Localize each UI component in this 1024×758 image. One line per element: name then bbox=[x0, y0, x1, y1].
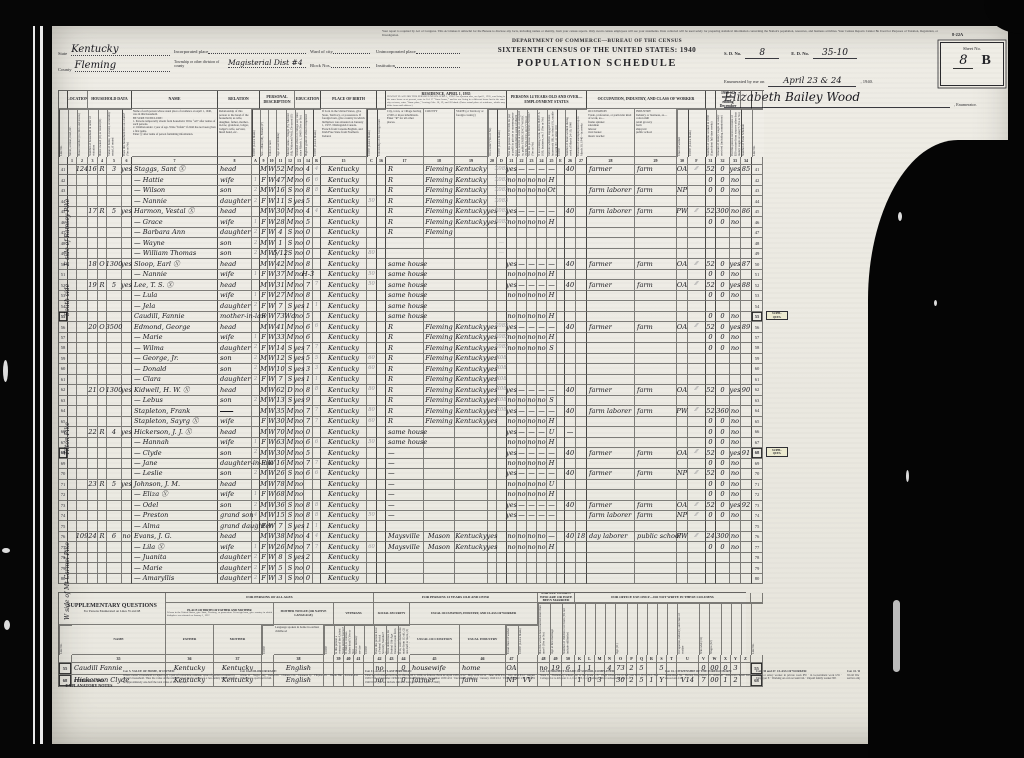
row-65-hours26 bbox=[565, 417, 576, 427]
column-header-visit_no: Number of household in order of visitati… bbox=[88, 109, 98, 157]
row-67-age: 63 bbox=[276, 438, 286, 448]
supplement-header-ss42: Does this person have a Federal Social S… bbox=[374, 625, 386, 655]
column-header-marital: Marital status—Single (S), Married (M), … bbox=[286, 109, 295, 157]
row-65-res_city: R bbox=[386, 417, 424, 427]
microfilm-scan: Your report is required by Act of Congre… bbox=[0, 0, 1024, 758]
row-60-codeE bbox=[557, 364, 565, 374]
row-50-hours26: 40 bbox=[565, 259, 576, 269]
column-header-codeD: CODE (Leave blank) bbox=[497, 109, 507, 157]
row-63-age: 13 bbox=[276, 396, 286, 406]
row-72-industry bbox=[635, 490, 677, 500]
row-68-hours26: 40 bbox=[565, 448, 576, 458]
row-68-race: W bbox=[268, 448, 276, 458]
row-75-w25 bbox=[547, 521, 557, 531]
row-48-res_state bbox=[455, 238, 488, 248]
row-78-res_state bbox=[455, 553, 488, 563]
row-70-occupation: farmer bbox=[587, 469, 635, 479]
row-72-line2: 72 bbox=[752, 490, 763, 500]
row-62-other33: yes bbox=[730, 385, 741, 395]
row-47-name: — Barbara Ann bbox=[132, 228, 218, 238]
row-78-wages32 bbox=[716, 553, 730, 563]
row-68-codeF: ⁄⁄⁄ bbox=[688, 448, 706, 458]
row-54-weeks31 bbox=[706, 301, 716, 311]
row-79-occupation bbox=[587, 563, 635, 573]
column-header-codeA: CODE (Leave blank) bbox=[252, 109, 260, 157]
row-77-res_city: Maysville bbox=[386, 542, 424, 552]
row-62-class30: OA bbox=[677, 385, 688, 395]
row-68-owned bbox=[98, 448, 107, 458]
row-54-wages32 bbox=[716, 301, 730, 311]
row-74-school: no bbox=[295, 511, 304, 521]
supplement-number-line2 bbox=[751, 655, 763, 663]
row-70-w22: — bbox=[517, 469, 527, 479]
row-80-w21 bbox=[507, 574, 517, 584]
row-53-w23: no bbox=[527, 291, 537, 301]
column-group-education: EDUCATION bbox=[295, 91, 321, 109]
row-67-marital: M bbox=[286, 438, 295, 448]
row-77-res_county: Mason bbox=[424, 542, 455, 552]
row-75-codeC bbox=[367, 521, 377, 531]
row-71-farm: yes bbox=[122, 480, 132, 490]
row-65-w23: no bbox=[527, 417, 537, 427]
row-70-res_city: — bbox=[386, 469, 424, 479]
row-76-hours26: 40 bbox=[565, 532, 576, 542]
row-76-codeA bbox=[252, 532, 260, 542]
row-41-res_state: Kentucky bbox=[455, 165, 488, 175]
row-63-codeF bbox=[688, 396, 706, 406]
street-name-margin: South side bbox=[64, 284, 71, 316]
row-66-farm_sched bbox=[741, 427, 752, 437]
row-66-value: 4 bbox=[107, 427, 122, 437]
row-78-farm bbox=[122, 553, 132, 563]
supplement-group: PLACE OF BIRTH OF FATHER AND MOTHERIf bo… bbox=[166, 603, 274, 625]
row-73-res_county bbox=[424, 501, 455, 511]
row-75-grade: 1 bbox=[304, 521, 313, 531]
row-53-res_city: same house bbox=[386, 291, 424, 301]
row-78-w22 bbox=[517, 553, 527, 563]
row-48-res_farm bbox=[488, 238, 497, 248]
row-41-weeks31: 52 bbox=[706, 165, 716, 175]
row-48-occupation bbox=[587, 238, 635, 248]
row-62-age: 62 bbox=[276, 385, 286, 395]
row-54-res_city: same house bbox=[386, 301, 424, 311]
row-48-citizenship bbox=[377, 238, 386, 248]
row-80-birthplace: Kentucky bbox=[321, 574, 367, 584]
row-43-weeks31: 0 bbox=[706, 186, 716, 196]
row-67-farm_sched bbox=[741, 438, 752, 448]
row-54-codeF bbox=[688, 301, 706, 311]
row-77-weeks31: 0 bbox=[706, 542, 716, 552]
row-64-w24: — bbox=[537, 406, 547, 416]
census-title: SIXTEENTH CENSUS OF THE UNITED STATES: 1… bbox=[432, 46, 762, 54]
column-number-codeA: A bbox=[252, 157, 260, 165]
row-76-age: 38 bbox=[276, 532, 286, 542]
row-80-occupation bbox=[587, 574, 635, 584]
row-46-codeD: X082 bbox=[497, 217, 507, 227]
row-65-w24: no bbox=[537, 417, 547, 427]
column-header-w22: If not, was he at work on, or assigned t… bbox=[517, 109, 527, 157]
row-50-dur27 bbox=[576, 259, 587, 269]
row-64-codeC: 80 bbox=[367, 406, 377, 416]
supplement-number-line bbox=[59, 655, 72, 663]
note-block-4: Col. 16. CITIZENSHIP OF THE FOREIGN BORN… bbox=[665, 670, 751, 726]
row-49-res_city bbox=[386, 249, 424, 259]
row-65-relation: wife bbox=[218, 417, 252, 427]
column-number-dur27: 27 bbox=[576, 157, 587, 165]
row-49-wages32 bbox=[716, 249, 730, 259]
row-74-w23: — bbox=[527, 511, 537, 521]
row-73-line: 73 bbox=[59, 501, 68, 511]
row-52-codeB: 7 bbox=[313, 280, 321, 290]
row-53-sex: F bbox=[260, 291, 268, 301]
row-77-value bbox=[107, 542, 122, 552]
row-49-occupation bbox=[587, 249, 635, 259]
incorporated-place-label: Incorporated place bbox=[174, 49, 208, 54]
row-50-line2: 50 bbox=[752, 259, 763, 269]
row-59-dur27 bbox=[576, 354, 587, 364]
row-48-w22 bbox=[517, 238, 527, 248]
row-48-school: no bbox=[295, 238, 304, 248]
row-41-owned: R bbox=[98, 165, 107, 175]
row-78-race: W bbox=[268, 553, 276, 563]
column-group-blank bbox=[59, 91, 68, 109]
row-47-codeB bbox=[313, 228, 321, 238]
row-50-w23: — bbox=[527, 259, 537, 269]
row-44-weeks31 bbox=[706, 196, 716, 206]
row-60-wages32 bbox=[716, 364, 730, 374]
row-50-other33: yes bbox=[730, 259, 741, 269]
row-50-race: W bbox=[268, 259, 276, 269]
row-71-farm_sched bbox=[741, 480, 752, 490]
row-53-res_state bbox=[455, 291, 488, 301]
row-63-line2: 63 bbox=[752, 396, 763, 406]
row-60-farm_sched bbox=[741, 364, 752, 374]
row-57-other33: no bbox=[730, 333, 741, 343]
row-48-codeD: — bbox=[497, 238, 507, 248]
row-42-industry bbox=[635, 175, 677, 185]
row-63-industry bbox=[635, 396, 677, 406]
row-72-street bbox=[68, 490, 77, 500]
row-62-codeB: 8 bbox=[313, 385, 321, 395]
row-47-weeks31 bbox=[706, 228, 716, 238]
row-77-w25: H bbox=[547, 542, 557, 552]
row-68-res_farm bbox=[488, 448, 497, 458]
row-52-w25: — bbox=[547, 280, 557, 290]
sheet-label: Sheet No. bbox=[941, 46, 1003, 51]
row-47-farm bbox=[122, 228, 132, 238]
row-66-birthplace: Kentucky bbox=[321, 427, 367, 437]
column-number-line bbox=[59, 157, 68, 165]
row-49-line2: 49 bbox=[752, 249, 763, 259]
row-74-line: 74 bbox=[59, 511, 68, 521]
row-56-w21: yes bbox=[507, 322, 517, 332]
row-43-line2: 43 bbox=[752, 186, 763, 196]
row-51-street bbox=[68, 270, 77, 280]
row-55-sex: F bbox=[260, 312, 268, 322]
row-48-industry bbox=[635, 238, 677, 248]
row-72-value bbox=[107, 490, 122, 500]
row-58-codeF bbox=[688, 343, 706, 353]
row-77-wages32: 0 bbox=[716, 542, 730, 552]
supplement-colheader-L bbox=[585, 603, 595, 655]
row-53-farm bbox=[122, 291, 132, 301]
row-73-race: W bbox=[268, 501, 276, 511]
row-79-value bbox=[107, 563, 122, 573]
column-number-age: 11 bbox=[276, 157, 286, 165]
row-57-house_no bbox=[77, 333, 88, 343]
row-56-codeA bbox=[252, 322, 260, 332]
row-50-occupation: farmer bbox=[587, 259, 635, 269]
row-60-name: — Donald bbox=[132, 364, 218, 374]
supplement-colheader-Z bbox=[741, 603, 751, 655]
row-44-codeA: 2 bbox=[252, 196, 260, 206]
row-56-w25: — bbox=[547, 322, 557, 332]
row-79-house_no bbox=[77, 563, 88, 573]
row-43-dur27 bbox=[576, 186, 587, 196]
row-79-res_farm bbox=[488, 563, 497, 573]
row-49-grade: 0 bbox=[304, 249, 313, 259]
row-45-sex: M bbox=[260, 207, 268, 217]
row-42-w23: no bbox=[527, 175, 537, 185]
row-77-marital: M bbox=[286, 542, 295, 552]
row-66-relation: head bbox=[218, 427, 252, 437]
column-number-w23: 23 bbox=[527, 157, 537, 165]
row-73-house_no bbox=[77, 501, 88, 511]
row-52-w24: — bbox=[537, 280, 547, 290]
row-77-other33: no bbox=[730, 542, 741, 552]
row-77-birthplace: Kentucky bbox=[321, 542, 367, 552]
row-74-birthplace: Kentucky bbox=[321, 511, 367, 521]
row-51-value bbox=[107, 270, 122, 280]
row-69-marital: M bbox=[286, 459, 295, 469]
row-71-race: W bbox=[268, 480, 276, 490]
row-68-w22: — bbox=[517, 448, 527, 458]
row-55-race: W bbox=[268, 312, 276, 322]
row-80-sex: F bbox=[260, 574, 268, 584]
row-58-relation: daughter bbox=[218, 343, 252, 353]
row-78-hours26 bbox=[565, 553, 576, 563]
row-80-res_state bbox=[455, 574, 488, 584]
row-77-farm bbox=[122, 542, 132, 552]
row-44-codeF bbox=[688, 196, 706, 206]
row-72-sex: F bbox=[260, 490, 268, 500]
row-45-w25: — bbox=[547, 207, 557, 217]
row-59-farm_sched bbox=[741, 354, 752, 364]
column-group-residence-april-1-1935: RESIDENCE, APRIL 1, 1935IN WHAT PLACE DI… bbox=[386, 91, 507, 109]
row-48-w25 bbox=[547, 238, 557, 248]
row-41-school: no bbox=[295, 165, 304, 175]
row-58-citizenship bbox=[377, 343, 386, 353]
row-57-line2: 57 bbox=[752, 333, 763, 343]
row-72-grade bbox=[304, 490, 313, 500]
row-64-other33: no bbox=[730, 406, 741, 416]
column-header-street: Street, avenue, road, etc. bbox=[68, 109, 77, 157]
row-55-farm bbox=[122, 312, 132, 322]
row-44-class30 bbox=[677, 196, 688, 206]
row-70-marital: S bbox=[286, 469, 295, 479]
row-70-grade: 6 bbox=[304, 469, 313, 479]
row-65-wages32: 0 bbox=[716, 417, 730, 427]
row-74-street bbox=[68, 511, 77, 521]
row-58-owned bbox=[98, 343, 107, 353]
row-51-codeC: 50 bbox=[367, 270, 377, 280]
row-65-occupation bbox=[587, 417, 635, 427]
row-51-occupation bbox=[587, 270, 635, 280]
row-57-school: no bbox=[295, 333, 304, 343]
row-46-occupation bbox=[587, 217, 635, 227]
row-75-dur27 bbox=[576, 521, 587, 531]
row-51-w24: no bbox=[537, 270, 547, 280]
row-43-codeD: X083 bbox=[497, 186, 507, 196]
row-55-industry bbox=[635, 312, 677, 322]
row-78-codeD bbox=[497, 553, 507, 563]
row-65-citizenship bbox=[377, 417, 386, 427]
row-72-codeA: 1 bbox=[252, 490, 260, 500]
row-58-w25: S bbox=[547, 343, 557, 353]
row-68-other33: yes bbox=[730, 448, 741, 458]
row-58-street bbox=[68, 343, 77, 353]
row-70-line2: 70 bbox=[752, 469, 763, 479]
ward-label: Ward of city bbox=[310, 49, 333, 54]
row-53-other33: no bbox=[730, 291, 741, 301]
row-65-res_county: Fleming bbox=[424, 417, 455, 427]
row-80-weeks31 bbox=[706, 574, 716, 584]
row-43-owned bbox=[98, 186, 107, 196]
row-41-codeE bbox=[557, 165, 565, 175]
column-group-blank bbox=[741, 91, 752, 109]
row-47-school: no bbox=[295, 228, 304, 238]
column-header-citizenship: Citizenship of the foreign born bbox=[377, 109, 386, 157]
row-46-owned bbox=[98, 217, 107, 227]
row-57-industry bbox=[635, 333, 677, 343]
row-57-farm bbox=[122, 333, 132, 343]
row-48-codeA: 2 bbox=[252, 238, 260, 248]
supplement-header-ss44: If so, were deductions made from (1) all… bbox=[398, 625, 410, 655]
row-56-res_state: Kentucky bbox=[455, 322, 488, 332]
supplement-number-name: 35 bbox=[72, 655, 166, 663]
row-74-grade: 8 bbox=[304, 511, 313, 521]
row-44-relation: daughter bbox=[218, 196, 252, 206]
row-57-relation: wife bbox=[218, 333, 252, 343]
row-44-w23 bbox=[527, 196, 537, 206]
row-48-house_no bbox=[77, 238, 88, 248]
row-77-visit_no bbox=[88, 542, 98, 552]
row-68-farm_sched: 91 bbox=[741, 448, 752, 458]
township-value: Magisterial Dist #4 bbox=[228, 58, 306, 68]
row-45-industry: farm bbox=[635, 207, 677, 217]
column-header-age: Age at last birthday bbox=[276, 109, 286, 157]
row-49-res_county bbox=[424, 249, 455, 259]
column-number-res_farm: 20 bbox=[488, 157, 497, 165]
row-67-codeF bbox=[688, 438, 706, 448]
column-header-race: Color or race bbox=[268, 109, 276, 157]
row-76-dur27: 18 bbox=[576, 532, 587, 542]
row-67-res_county bbox=[424, 438, 455, 448]
row-67-w23: no bbox=[527, 438, 537, 448]
row-47-res_city: R bbox=[386, 228, 424, 238]
row-77-res_farm: yes bbox=[488, 542, 497, 552]
row-52-weeks31: 52 bbox=[706, 280, 716, 290]
row-75-res_county bbox=[424, 521, 455, 531]
row-66-w22: — bbox=[517, 427, 527, 437]
row-63-w21: no bbox=[507, 396, 517, 406]
row-60-birthplace: Kentucky bbox=[321, 364, 367, 374]
row-77-house_no bbox=[77, 542, 88, 552]
row-68-w23: — bbox=[527, 448, 537, 458]
row-57-weeks31: 0 bbox=[706, 333, 716, 343]
row-44-occupation bbox=[587, 196, 635, 206]
row-54-w22 bbox=[517, 301, 527, 311]
row-47-visit_no bbox=[88, 228, 98, 238]
row-76-wages32: 300 bbox=[716, 532, 730, 542]
row-59-age: 12 bbox=[276, 354, 286, 364]
row-64-class30: PW bbox=[677, 406, 688, 416]
film-right-blob bbox=[868, 140, 1024, 758]
row-61-race: W bbox=[268, 375, 276, 385]
supplement-header-ind46: USUAL INDUSTRY bbox=[460, 625, 506, 655]
row-51-relation: wife bbox=[218, 270, 252, 280]
row-64-w23: — bbox=[527, 406, 537, 416]
row-48-codeB bbox=[313, 238, 321, 248]
row-49-w22 bbox=[517, 249, 527, 259]
row-79-citizenship bbox=[377, 563, 386, 573]
row-41-other33: yes bbox=[730, 165, 741, 175]
row-47-other33 bbox=[730, 228, 741, 238]
row-64-line: 64 bbox=[59, 406, 68, 416]
row-80-value bbox=[107, 574, 122, 584]
row-64-marital: M bbox=[286, 406, 295, 416]
column-header-w23: Was this person SEEKING WORK? (Yes or No… bbox=[527, 109, 537, 157]
column-number-w25: 25 bbox=[547, 157, 557, 165]
row-64-weeks31: 52 bbox=[706, 406, 716, 416]
row-71-street bbox=[68, 480, 77, 490]
row-60-codeF bbox=[688, 364, 706, 374]
row-42-codeE bbox=[557, 175, 565, 185]
row-63-citizenship bbox=[377, 396, 386, 406]
row-79-grade: 0 bbox=[304, 563, 313, 573]
row-68-codeE bbox=[557, 448, 565, 458]
row-73-codeE bbox=[557, 501, 565, 511]
row-46-birthplace: Kentucky bbox=[321, 217, 367, 227]
row-45-w23: — bbox=[527, 207, 537, 217]
row-75-line2: 75 bbox=[752, 521, 763, 531]
row-74-other33: no bbox=[730, 511, 741, 521]
row-73-codeA: 2 bbox=[252, 501, 260, 511]
row-59-res_county: Fleming bbox=[424, 354, 455, 364]
row-60-relation: son bbox=[218, 364, 252, 374]
row-61-res_city: R bbox=[386, 375, 424, 385]
row-70-dur27 bbox=[576, 469, 587, 479]
row-48-other33 bbox=[730, 238, 741, 248]
county-label: County bbox=[58, 67, 72, 72]
row-65-name: Stapleton, Sayrg Ⓧ bbox=[132, 417, 218, 427]
row-57-occupation bbox=[587, 333, 635, 343]
note-block-1: Col. 10. COLOR OR RACE:White W · Negro N… bbox=[240, 670, 360, 726]
row-57-grade: 6 bbox=[304, 333, 313, 343]
row-62-school: no bbox=[295, 385, 304, 395]
supplement-number-w48: 48 bbox=[538, 655, 550, 663]
row-67-house_no bbox=[77, 438, 88, 448]
supplement-header-vet41: War or military service bbox=[354, 625, 364, 655]
row-47-owned bbox=[98, 228, 107, 238]
supplement-group: USUAL OCCUPATION, INDUSTRY, AND CLASS OF… bbox=[410, 603, 538, 625]
row-50-codeA bbox=[252, 259, 260, 269]
row-60-line: 60 bbox=[59, 364, 68, 374]
row-79-codeD bbox=[497, 563, 507, 573]
row-78-res_county bbox=[424, 553, 455, 563]
row-56-codeB: 6 bbox=[313, 322, 321, 332]
row-80-codeF bbox=[688, 574, 706, 584]
